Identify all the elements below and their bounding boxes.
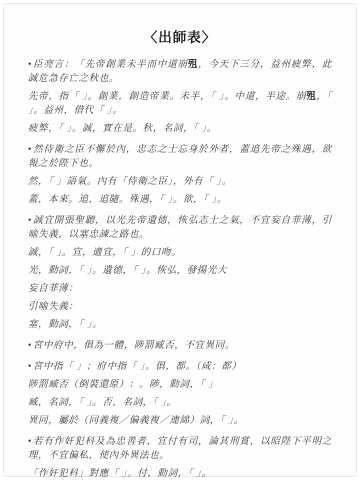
text-segment: 引喻失義： xyxy=(28,302,79,312)
annotation-line: 異同，屬於（同義複／偏義複／連綿）詞，「 」。 xyxy=(28,414,332,428)
source-text-paragraph: •若有作奸犯科及為忠善者，宜付有司，論其刑賞，以昭陛下平明之理，不宜偏私，使內外… xyxy=(28,435,332,463)
text-segment: 宮中指「 」；府中指「 」。俱，都。（咸：都） xyxy=(33,362,242,372)
page-title: 〈出師表〉 xyxy=(28,26,332,46)
bullet-icon: • xyxy=(28,60,32,70)
text-segment: 異同，屬於（同義複／偏義複／連綿）詞，「 」。 xyxy=(28,416,244,426)
annotation-line: 陟罰臧否（倒裝還原）：。陟，動詞，「 」 xyxy=(28,378,332,392)
text-segment: 妄自菲薄： xyxy=(28,284,79,294)
text-segment: 蓋，本來。追，追隨。殊遇，「 」。欲，「 」。 xyxy=(28,195,227,205)
text-segment: 臣亮言：「先帝創業未半而中道崩 xyxy=(33,60,188,70)
source-text-paragraph: •然侍衛之臣不懈於內，忠志之士忘身於外者，蓋追先帝之殊遇，欲報之於陛下也。 xyxy=(28,143,332,171)
annotation-line: 「作奸犯科」對應「 」。付，動詞，「 」。 xyxy=(28,467,332,480)
emphasized-character: 殂 xyxy=(188,59,198,70)
annotation-line: 蓋，本來。追，追隨。殊遇，「 」。欲，「 」。 xyxy=(28,193,332,207)
text-segment: 陟罰臧否（倒裝還原）：。陟，動詞，「 」 xyxy=(28,380,218,390)
text-segment: 塞，動詞，「 」。 xyxy=(28,320,102,330)
source-text-paragraph: •臣亮言：「先帝創業未半而中道崩殂，今天下三分，益州疲弊，此誠危急存亡之秋也。 xyxy=(28,58,332,86)
bullet-icon: • xyxy=(28,437,32,447)
annotation-line: 塞，動詞，「 」。 xyxy=(28,318,332,332)
source-text-paragraph: •宮中指「 」；府中指「 」。俱，都。（咸：都） xyxy=(28,360,332,374)
annotation-line: 光，動詞，「 」。遺德，「 」。恢弘，發揚光大 xyxy=(28,264,332,278)
annotation-line: 誠，「 」。宜，適宜，「 」的口吻。 xyxy=(28,246,332,260)
text-segment: 光，動詞，「 」。遺德，「 」。恢弘，發揚光大 xyxy=(28,266,227,276)
source-text-paragraph: •誠宜開張聖聽，以光先帝遺德，恢弘志士之氣，不宜妄自菲薄，引喻失義，以塞忠諫之路… xyxy=(28,214,332,242)
document-page: 〈出師表〉 •臣亮言：「先帝創業未半而中道崩殂，今天下三分，益州疲弊，此誠危急存… xyxy=(3,3,357,477)
text-segment: 若有作奸犯科及為忠善者，宜付有司，論其刑賞，以昭陛下平明之理，不宜偏私，使內外異… xyxy=(28,437,332,461)
text-segment: 然侍衛之臣不懈於內，忠志之士忘身於外者，蓋追先帝之殊遇，欲報之於陛下也。 xyxy=(28,145,332,169)
bullet-icon: • xyxy=(28,216,32,226)
content: •臣亮言：「先帝創業未半而中道崩殂，今天下三分，益州疲弊，此誠危急存亡之秋也。先… xyxy=(28,58,332,480)
annotation-line: 妄自菲薄： xyxy=(28,282,332,296)
text-segment: 先帝，指「 」。創業，創造帝業。未半，「 」。中道，半途。崩 xyxy=(28,92,306,102)
text-segment: 誠宜開張聖聽，以光先帝遺德，恢弘志士之氣，不宜妄自菲薄，引喻失義，以塞忠諫之路也… xyxy=(28,216,332,240)
bullet-icon: • xyxy=(28,362,32,372)
text-segment: 臧，名詞，「 」。否，名詞，「 」。 xyxy=(28,398,177,408)
text-segment: 「作奸犯科」對應「 」。付，動詞，「 」。 xyxy=(28,469,212,479)
bullet-icon: • xyxy=(28,341,32,351)
annotation-line: 然，「 」語氣。內有「侍衛之臣」，外有「 」。 xyxy=(28,175,332,189)
text-segment: 宮中府中，俱為一體，陟罰臧否，不宜異同。 xyxy=(33,341,235,351)
annotation-line: 疲弊，「 」。誠，實在是。秋，名詞，「 」。 xyxy=(28,122,332,136)
text-segment: 誠，「 」。宜，適宜，「 」的口吻。 xyxy=(28,248,181,258)
source-text-paragraph: •宮中府中，俱為一體，陟罰臧否，不宜異同。 xyxy=(28,339,332,353)
bullet-icon: • xyxy=(28,145,32,155)
text-segment: 疲弊，「 」。誠，實在是。秋，名詞，「 」。 xyxy=(28,124,217,134)
emphasized-character: 殂 xyxy=(306,91,316,102)
annotation-line: 先帝，指「 」。創業，創造帝業。未半，「 」。中道，半途。崩殂，「 」。益州，借… xyxy=(28,90,332,118)
text-segment: 然，「 」語氣。內有「侍衛之臣」，外有「 」。 xyxy=(28,177,232,187)
annotation-line: 引喻失義： xyxy=(28,300,332,314)
annotation-line: 臧，名詞，「 」。否，名詞，「 」。 xyxy=(28,396,332,410)
